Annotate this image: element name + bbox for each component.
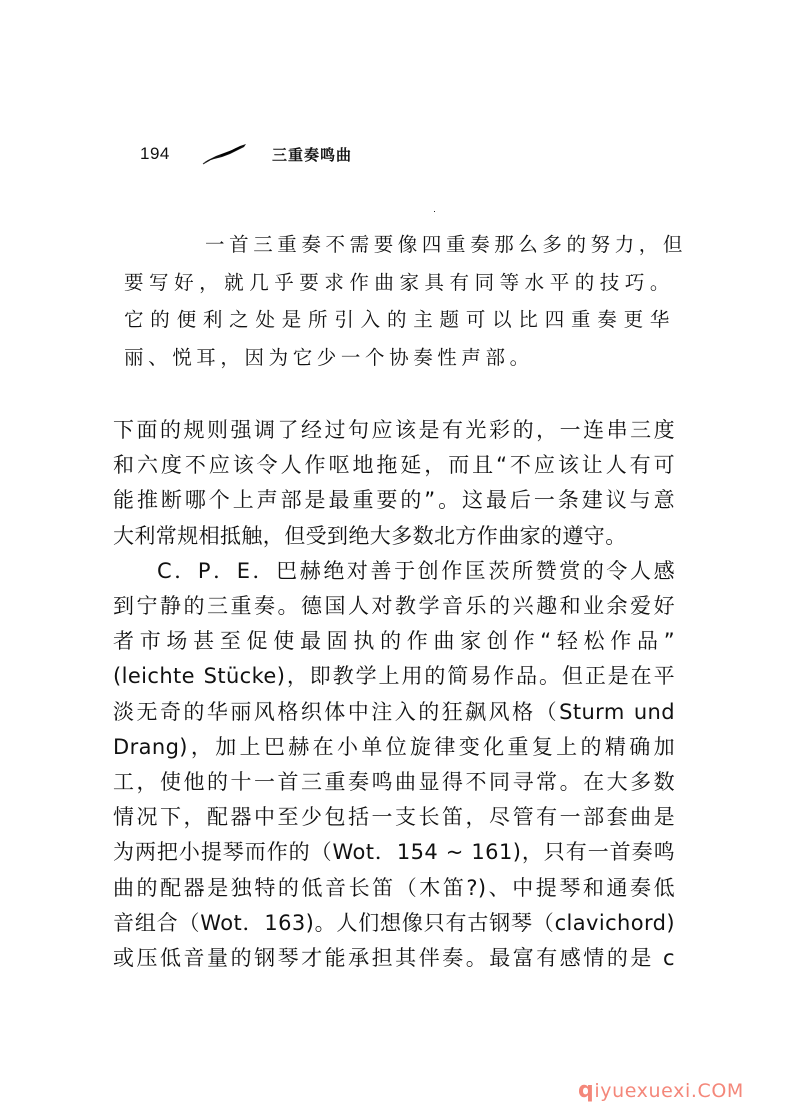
body-line: 下面的规则强调了经过句应该是有光彩的，一连串三度 [113,413,675,448]
body-line: 大利常规相抵触，但受到绝大多数北方作曲家的遵守。 [113,519,675,554]
body-line: 工，使他的十一首三重奏鸣曲显得不同寻常。在大多数 [113,765,675,800]
quote-line: 它的便利之处是所引入的主题可以比四重奏更华 [124,301,674,339]
body-line: 者市场甚至促使最固执的作曲家创作“轻松作品” [113,624,675,659]
watermark: qiyuexuexi.COM [578,1078,744,1103]
body-text: 下面的规则强调了经过句应该是有光彩的，一连串三度 和六度不应该令人作呕地拖延，而… [113,413,675,976]
body-line: 淡无奇的华丽风格织体中注入的狂飙风格（Sturm und [113,695,675,730]
quote-paragraph: 一首三重奏不需要像四重奏那么多的努力，但 [164,226,674,264]
quote-line: 要写好，就几乎要求作曲家具有同等水平的技巧。 [124,264,674,302]
paragraph-1: 下面的规则强调了经过句应该是有光彩的，一连串三度 和六度不应该令人作呕地拖延，而… [113,413,675,554]
block-quote: 一首三重奏不需要像四重奏那么多的努力，但 要写好，就几乎要求作曲家具有同等水平的… [164,226,674,376]
page-number: 194 [140,144,200,164]
body-line: 或压低音量的钢琴才能承担其伴奏。最富有感情的是 c [113,941,675,976]
body-line: 曲的配器是独特的低音长笛（木笛?)、中提琴和通奏低 [113,871,675,906]
paragraph-2: C．P．E．巴赫绝对善于创作匡茨所赞赏的令人感 到宁静的三重奏。德国人对教学音乐… [113,554,675,976]
body-line: C．P．E．巴赫绝对善于创作匡茨所赞赏的令人感 [113,554,675,589]
quote-line: 一首三重奏不需要像四重奏那么多的努力，但 [164,226,674,264]
body-line: 到宁静的三重奏。德国人对教学音乐的兴趣和业余爱好 [113,589,675,624]
quill-icon [202,143,248,165]
body-line: 音组合（Wot．163)。人们想像只有古钢琴（clavichord) [113,906,675,941]
body-line: 能推断哪个上声部是最重要的”。这最后一条建议与意 [113,483,675,518]
watermark-text: iyuexuexi.COM [594,1080,744,1102]
body-line: 情况下，配器中至少包括一支长笛，尽管有一部套曲是 [113,800,675,835]
body-line: Drang)，加上巴赫在小单位旋律变化重复上的精确加 [113,730,675,765]
running-title: 三重奏鸣曲 [272,144,352,165]
body-line: 为两把小提琴而作的（Wot．154 ~ 161)，只有一首奏鸣 [113,835,675,870]
scan-speck [434,211,435,212]
body-line: 和六度不应该令人作呕地拖延，而且“不应该让人有可 [113,448,675,483]
quote-line: 丽、悦耳，因为它少一个协奏性声部。 [124,339,674,377]
watermark-logo-q: q [578,1078,594,1103]
body-line: (leichte Stücke)，即教学上用的简易作品。但正是在平 [113,659,675,694]
page-header: 194 三重奏鸣曲 [140,142,352,166]
